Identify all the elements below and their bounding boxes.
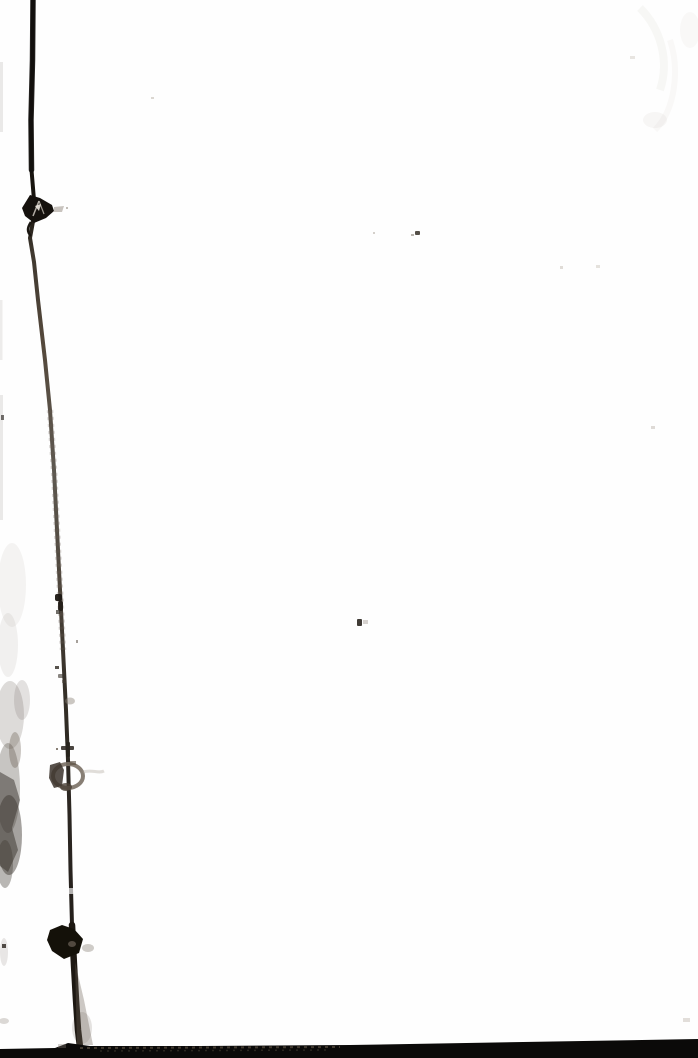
scanned-blank-page bbox=[0, 0, 698, 1058]
ink-specks bbox=[55, 56, 690, 1022]
thread-knots bbox=[22, 195, 104, 959]
corner-smudge bbox=[640, 8, 698, 130]
scan-artifacts-layer bbox=[0, 0, 698, 1058]
bottom-scan-edge bbox=[0, 1039, 698, 1058]
binding-thread bbox=[28, 0, 93, 1048]
